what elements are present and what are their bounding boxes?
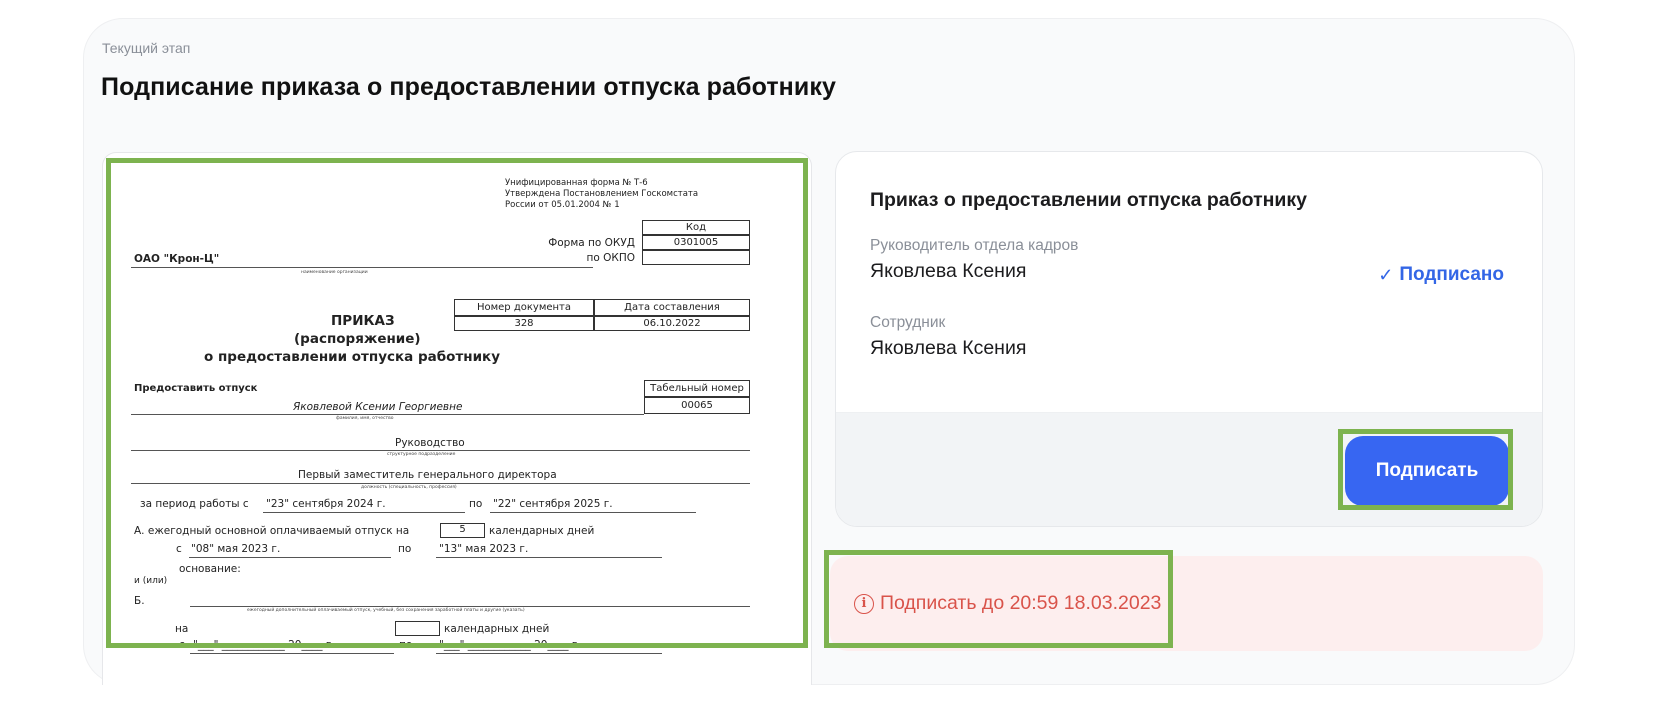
- a-to-label: по: [398, 543, 411, 555]
- a-from: "08" мая 2023 г.: [191, 543, 280, 555]
- period-prefix: за период работы с: [140, 498, 249, 510]
- b-caption: ежегодный дополнительный оплачиваемый от…: [247, 608, 525, 613]
- okpo-label: по ОКПО: [535, 252, 635, 264]
- okpo-value: [642, 250, 750, 265]
- organization-caption: наименование организации: [301, 270, 368, 275]
- b-from: "___" ____________ 20____ г.: [193, 639, 335, 651]
- b-to: "___" ____________ 20____ г.: [439, 639, 581, 651]
- stage-title: Подписание приказа о предоставлении отпу…: [101, 73, 836, 102]
- info-icon: i: [854, 594, 874, 614]
- doc-number-header: Номер документа: [454, 299, 594, 316]
- a-from-prefix: с: [176, 543, 182, 555]
- order-form-t6: Унифицированная форма № Т-6 Утверждена П…: [103, 153, 812, 685]
- employee-label: Сотрудник: [870, 314, 945, 332]
- doc-date: 06.10.2022: [594, 316, 750, 331]
- basis-label: основание:: [179, 563, 241, 575]
- a-days: 5: [440, 523, 485, 538]
- checkmark-icon: ✓: [1378, 265, 1393, 286]
- actions-bar: Подписать: [836, 412, 1542, 527]
- period-from: "23" сентября 2024 г.: [266, 498, 386, 510]
- position: Первый заместитель генерального директор…: [298, 469, 557, 481]
- b-on-label: на: [175, 623, 188, 635]
- b-from-prefix: с: [179, 639, 185, 651]
- sign-button[interactable]: Подписать: [1345, 436, 1509, 506]
- form-header-line: России от 05.01.2004 № 1: [505, 200, 620, 210]
- employee-name: Яковлевой Ксении Георгиевне: [293, 401, 462, 413]
- hr-head-label: Руководитель отдела кадров: [870, 237, 1078, 255]
- a-to: "13" мая 2023 г.: [439, 543, 528, 555]
- b-days: [395, 621, 440, 636]
- doc-title: ПРИКАЗ: [331, 313, 395, 329]
- department: Руководство: [395, 437, 465, 449]
- okud-label: Форма по ОКУД: [535, 237, 635, 249]
- organization-name: ОАО "Крон-Ц": [134, 253, 219, 265]
- order-title: Приказ о предоставлении отпуска работник…: [870, 189, 1307, 212]
- employee-caption: фамилия, имя, отчество: [336, 416, 393, 421]
- stage-label: Текущий этап: [102, 40, 190, 56]
- doc-subject: о предоставлении отпуска работнику: [204, 349, 500, 365]
- grant-label: Предоставить отпуск: [134, 383, 257, 394]
- doc-subtitle: (распоряжение): [294, 331, 421, 347]
- b-days-label: календарных дней: [444, 623, 549, 635]
- and-or-label: и (или): [134, 576, 167, 586]
- days-label: календарных дней: [489, 525, 594, 537]
- a-vacation-label: А. ежегодный основной оплачиваемый отпус…: [134, 525, 409, 537]
- b-to-label: по: [399, 639, 412, 651]
- signature-card: Приказ о предоставлении отпуска работник…: [835, 151, 1543, 527]
- deadline-message: i Подписать до 20:59 18.03.2023: [854, 592, 1161, 615]
- signed-status-label: Подписано: [1399, 264, 1504, 286]
- doc-date-header: Дата составления: [594, 299, 750, 316]
- employee-name: Яковлева Ксения: [870, 337, 1026, 360]
- period-to-label: по: [469, 498, 482, 510]
- deadline-alert: i Подписать до 20:59 18.03.2023: [830, 556, 1543, 651]
- deadline-text: Подписать до 20:59 18.03.2023: [880, 592, 1161, 615]
- code-header: Код: [642, 220, 750, 235]
- tab-number-header: Табельный номер: [644, 380, 750, 397]
- signed-status: ✓ Подписано: [1378, 264, 1504, 286]
- period-to: "22" сентября 2025 г.: [493, 498, 613, 510]
- doc-number: 328: [454, 316, 594, 331]
- position-caption: должность (специальность, профессия): [361, 485, 457, 490]
- okud-value: 0301005: [642, 235, 750, 250]
- document-preview[interactable]: Унифицированная форма № Т-6 Утверждена П…: [102, 152, 812, 685]
- tab-number: 00065: [644, 397, 750, 414]
- b-label: Б.: [134, 595, 145, 607]
- form-header-line: Унифицированная форма № Т-6: [505, 178, 648, 188]
- department-caption: структурное подразделение: [387, 452, 455, 457]
- hr-head-name: Яковлева Ксения: [870, 260, 1026, 283]
- form-header-line: Утверждена Постановлением Госкомстата: [505, 189, 698, 199]
